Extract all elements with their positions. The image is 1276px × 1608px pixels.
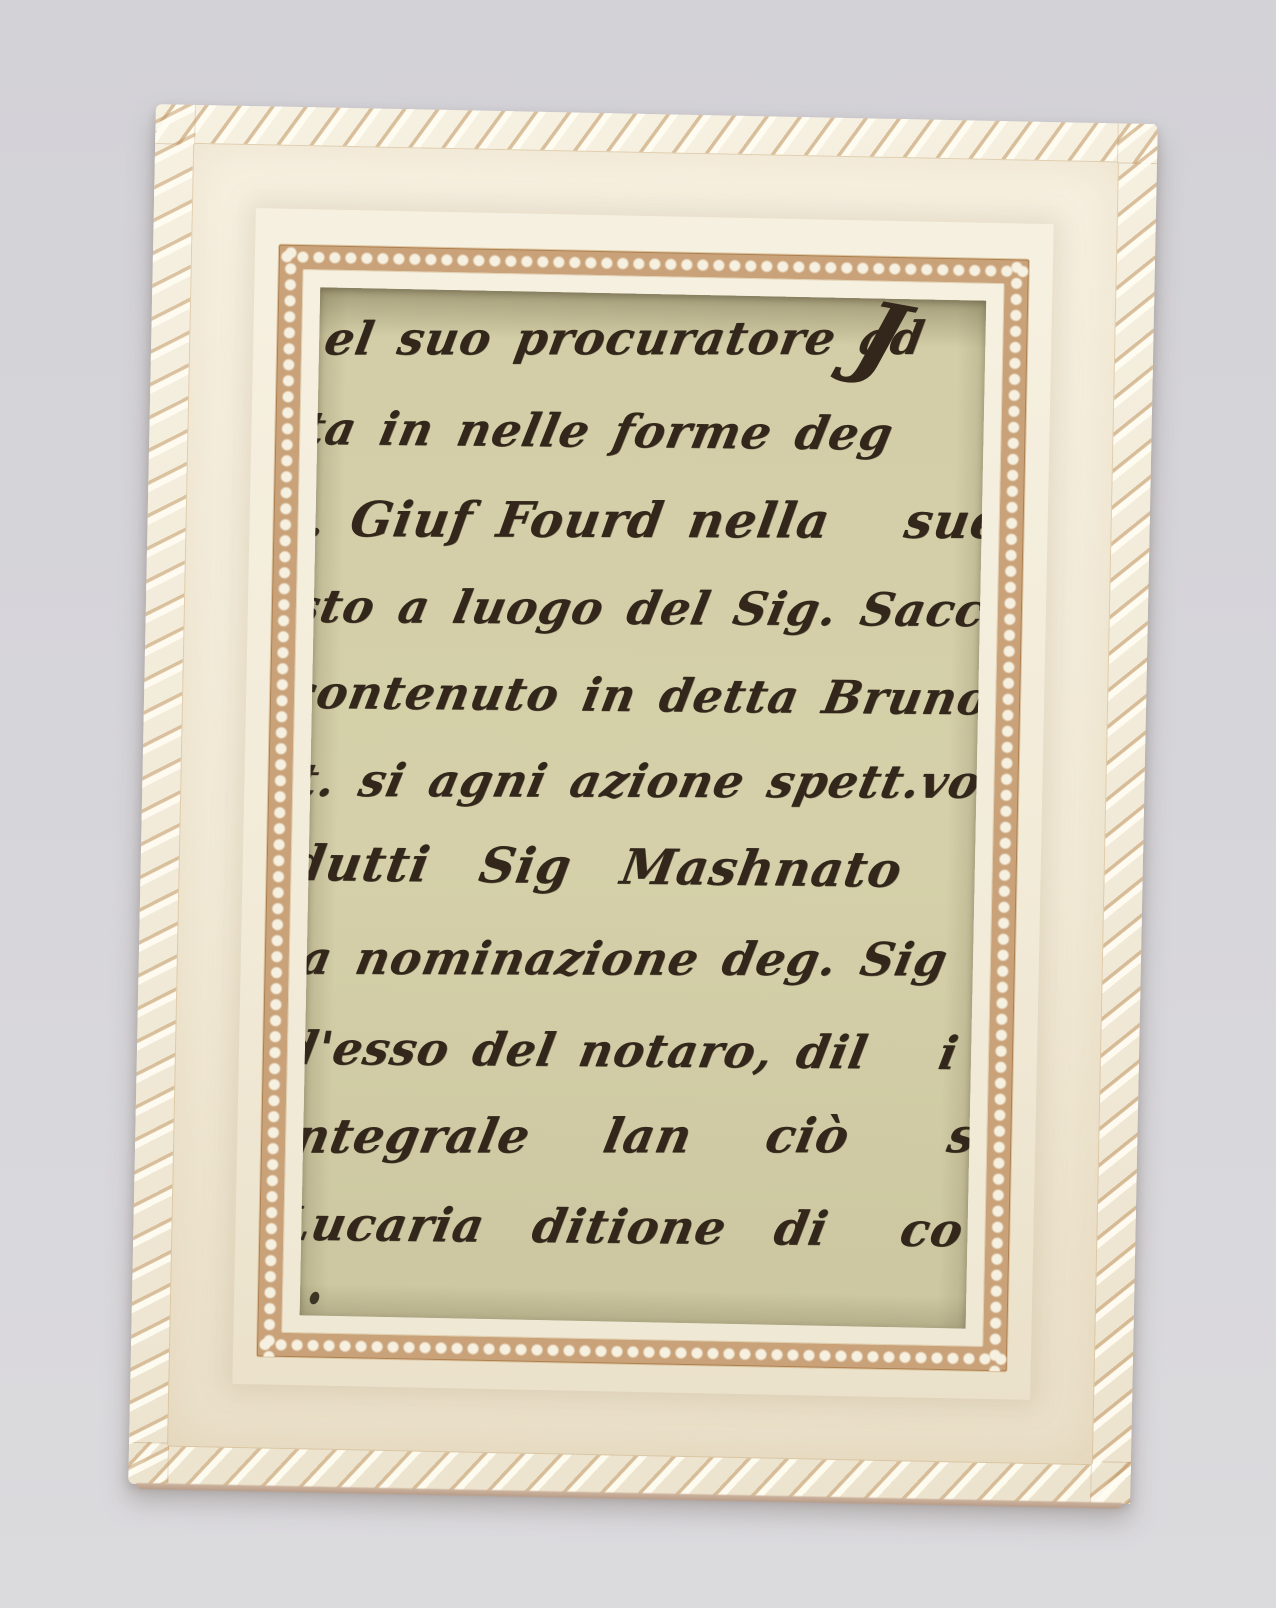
- script-line: contenuto in detta Brunofa: [300, 669, 986, 722]
- script-line: sto a luogo del Sig. Sacc: [300, 583, 986, 633]
- script-line: t. si agni azione spett.vo a: [300, 757, 986, 805]
- script-line: integrale lan ciò si: [300, 1112, 986, 1160]
- script-line: ta in nelle forme deg J: [300, 405, 986, 459]
- script-line: Lucaria ditione di co: [300, 1201, 968, 1254]
- script-line: la nominazione deg. Sig: [300, 935, 952, 983]
- script-line: . Giuf Fourd nella sue: [304, 495, 986, 546]
- script-line: dutti Sig Mashnato d: [300, 839, 986, 896]
- document-paper: el suo procuratore ad a ta in nelle form…: [300, 287, 986, 1328]
- photo-backdrop: el suo procuratore ad a ta in nelle form…: [0, 0, 1276, 1608]
- picture-frame: el suo procuratore ad a ta in nelle form…: [128, 104, 1157, 1504]
- ink-speck: [308, 1290, 321, 1305]
- script-line: d'esso del notaro, dil i: [300, 1025, 963, 1076]
